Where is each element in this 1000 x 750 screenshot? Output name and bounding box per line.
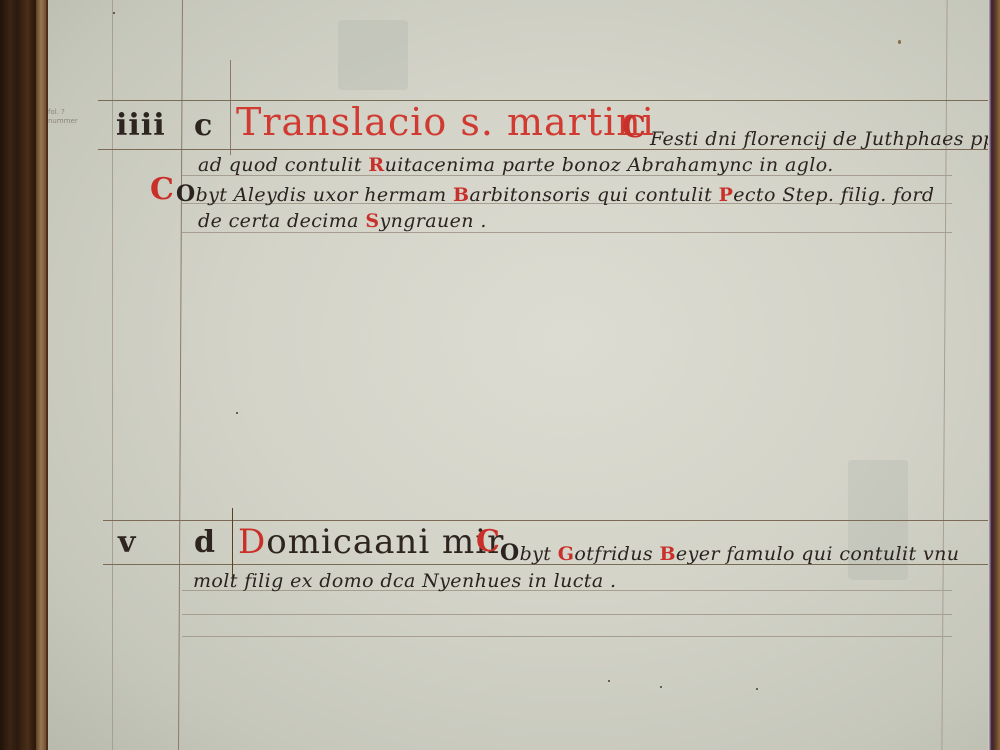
text-line: ad quod contulit Ruitacenima parte bonoz… [198,154,834,176]
day-number: v [118,525,136,560]
speck [756,688,758,690]
paragraph-mark: C [476,524,500,559]
feast-title: Domicaani mir [238,522,504,562]
dominical-letter: c [194,108,213,143]
text-line: de certa decima Syngrauen . [198,210,487,232]
manuscript-page: fol. ? nummer iiii c Translacio s. marti… [48,0,992,750]
line-text: byt Aleydis uxor hermam [196,184,453,206]
margin-rule-right [941,0,947,750]
text-line: Festi dni florencij de Juthphaes ppti [650,128,1000,150]
rubric-initial: S [365,210,379,232]
initial-letter: O [176,181,196,207]
feast-rule-mark [232,508,233,578]
day-number: iiii [116,108,166,143]
line-text: otfridus [574,543,659,565]
line-text: eyer famulo qui contulit vnu [676,543,959,565]
line-text: yngrauen . [379,210,486,232]
margin-note-line: nummer [48,117,78,126]
page-right-edge [988,0,1000,750]
rubric-initial: P [719,184,734,206]
stain [898,40,901,44]
feast-initial: D [238,522,266,562]
line-text: arbitonsoris qui contulit [470,184,719,206]
line-text: ecto Step. filig. ford [733,184,934,206]
margin-note-line: fol. ? [48,108,78,117]
line-text: Festi dni florencij de Juthphaes ppti [650,128,1000,150]
paragraph-mark: C [622,110,646,145]
dominical-letter: d [194,525,216,560]
rubric-initial: B [453,184,469,206]
speck [113,12,115,14]
text-line: Obyt Gotfridus Beyer famulo qui contulit… [500,540,959,566]
initial-letter: O [500,540,520,566]
feast-title: Translacio s. martini [236,100,655,144]
rule-line [182,636,952,637]
margin-note: fol. ? nummer [48,108,78,126]
speck [660,686,662,688]
margin-rule-left [112,0,113,750]
rubric-initial: B [659,543,675,565]
page-stack-edge [36,0,46,750]
text-line: Obyt Aleydis uxor hermam Barbitonsoris q… [176,181,934,207]
line-text: byt [520,543,558,565]
speck [608,680,610,682]
text-line: molt filig ex domo dca Nyenhues in lucta… [193,570,616,592]
rubric-initial: R [368,154,384,176]
rubric-initial: G [558,543,575,565]
column-rule-text-top [230,60,231,155]
speck [236,412,238,414]
line-text: molt filig ex domo dca Nyenhues in lucta… [193,570,616,592]
feast-text: omicaani mir [266,522,504,562]
rule-entry2-top [103,520,988,521]
ink-show-through [338,20,408,90]
line-text: ad quod contulit [198,154,368,176]
rule-line [182,232,952,233]
paragraph-mark: C [150,172,174,207]
line-text: de certa decima [198,210,365,232]
rule-line [182,614,952,615]
line-text: uitacenima parte bonoz Abrahamync in agl… [385,154,834,176]
column-rule-letter [178,0,183,750]
